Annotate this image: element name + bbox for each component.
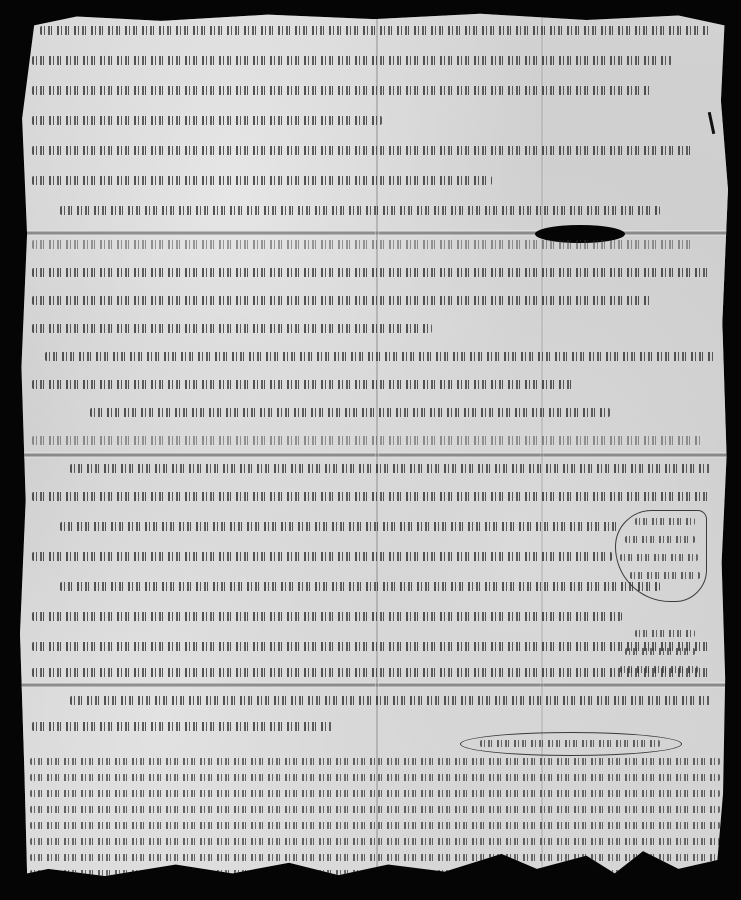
annotation-line (625, 536, 695, 543)
fold-crease (20, 452, 728, 458)
script-line (32, 56, 672, 65)
annotation-line (635, 630, 695, 637)
script-line (32, 240, 692, 249)
script-line (60, 206, 660, 215)
annotation-line (480, 740, 660, 747)
script-line (32, 146, 692, 155)
script-line (30, 854, 720, 861)
script-line (30, 790, 720, 797)
script-line (60, 582, 660, 591)
annotation-line (625, 648, 695, 655)
script-line (32, 552, 612, 561)
script-line (40, 26, 710, 35)
fold-crease (20, 682, 728, 688)
script-line (30, 838, 720, 845)
script-line (32, 642, 712, 651)
script-line (30, 822, 720, 829)
script-line (32, 722, 332, 731)
script-line (32, 296, 652, 305)
script-line (30, 774, 720, 781)
script-line (32, 268, 712, 277)
script-line (32, 436, 702, 445)
script-line (70, 464, 710, 473)
script-line (32, 492, 712, 501)
script-line (32, 668, 712, 677)
script-line (30, 806, 720, 813)
script-line (30, 870, 690, 877)
script-line (32, 86, 652, 95)
parchment-sheet (20, 12, 728, 900)
edge-mark (708, 112, 716, 134)
annotation-line (620, 666, 698, 673)
script-line (70, 696, 710, 705)
script-line (45, 352, 715, 361)
script-line (32, 612, 622, 621)
script-line (32, 176, 492, 185)
annotation-line (635, 518, 695, 525)
script-line (32, 324, 432, 333)
script-line (32, 380, 572, 389)
script-line (30, 758, 720, 765)
script-line (60, 522, 620, 531)
script-line (32, 116, 382, 125)
annotation-line (630, 572, 700, 579)
annotation-line (620, 554, 698, 561)
script-line (90, 408, 610, 417)
